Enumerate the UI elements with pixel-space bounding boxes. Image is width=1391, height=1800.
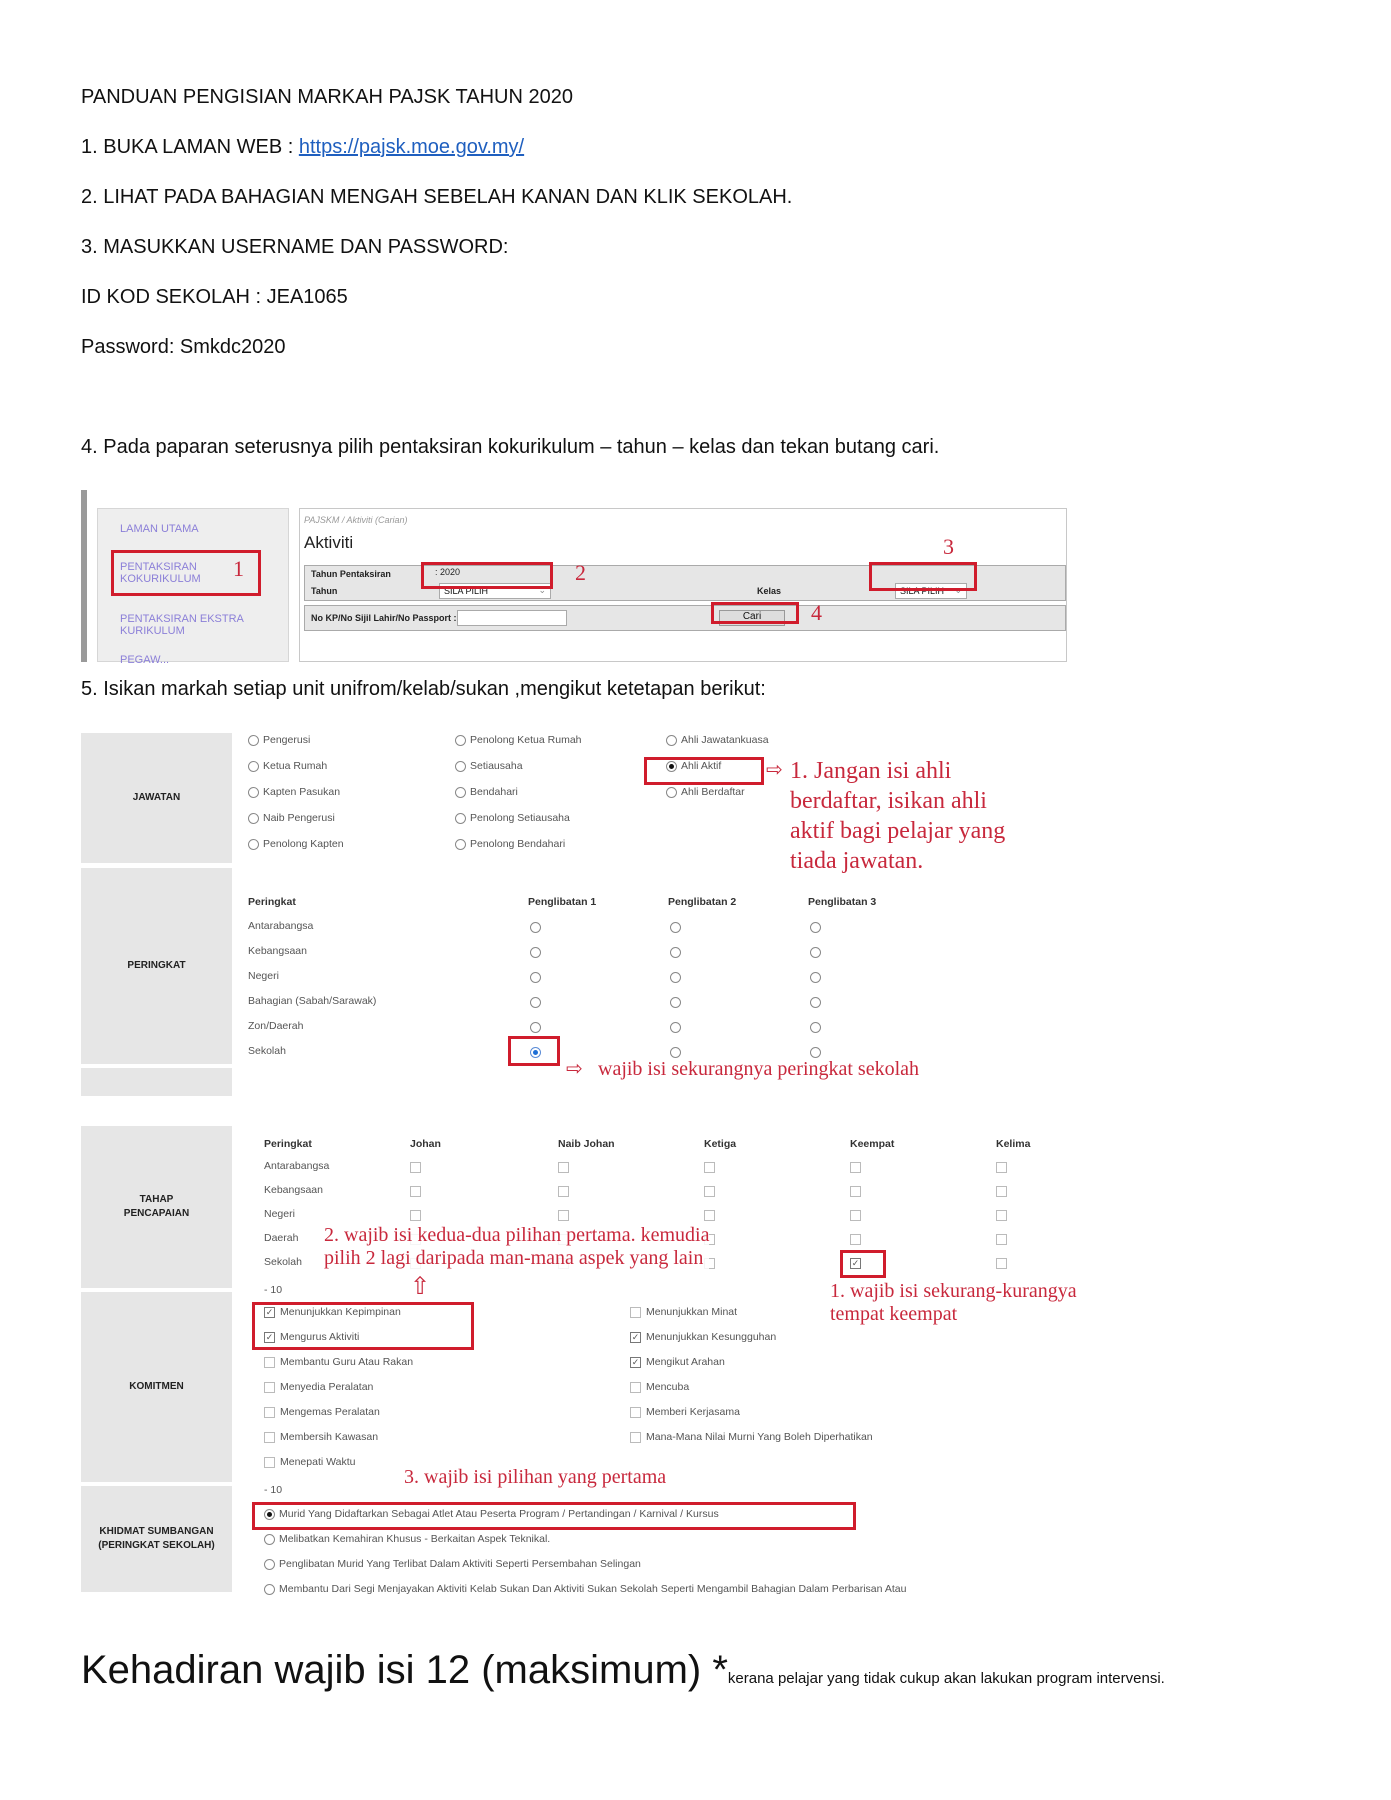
tahap-checkbox[interactable]	[704, 1210, 715, 1221]
peringkat-radio[interactable]	[670, 922, 681, 933]
option-label: Membantu Guru Atau Rakan	[280, 1356, 413, 1368]
document-title: PANDUAN PENGISIAN MARKAH PAJSK TAHUN 202…	[81, 86, 573, 109]
option-label: Memberi Kerjasama	[646, 1406, 740, 1418]
komitmen-label: KOMITMEN	[81, 1292, 232, 1482]
page-title: Aktiviti	[304, 533, 353, 553]
tahap-row-label: Antarabangsa	[264, 1160, 329, 1172]
radio-icon[interactable]	[455, 839, 466, 850]
kehadiran-note: kerana pelajar yang tidak cukup akan lak…	[728, 1670, 1165, 1687]
jawatan-option[interactable]: Setiausaha	[455, 760, 523, 772]
radio-icon[interactable]	[455, 735, 466, 746]
step-4: 4. Pada paparan seterusnya pilih pentaks…	[81, 436, 939, 459]
radio-icon[interactable]	[455, 813, 466, 824]
step-3: 3. MASUKKAN USERNAME DAN PASSWORD:	[81, 236, 508, 259]
tahap-checkbox[interactable]	[558, 1210, 569, 1221]
komitmen-option[interactable]: Mana-Mana Nilai Murni Yang Boleh Diperha…	[630, 1431, 873, 1443]
checkbox-icon[interactable]	[264, 1357, 275, 1368]
checkbox-icon[interactable]	[264, 1457, 275, 1468]
tahap-checkbox[interactable]	[996, 1162, 1007, 1173]
tahap-checkbox[interactable]	[850, 1162, 861, 1173]
annotation-line: tiada jawatan.	[790, 846, 1005, 876]
tahap-column-header: Kelima	[996, 1138, 1030, 1150]
komitmen-option[interactable]: Mengemas Peralatan	[264, 1406, 380, 1418]
tahap-checkbox[interactable]	[850, 1186, 861, 1197]
option-label: Menunjukkan Kesungguhan	[646, 1331, 776, 1343]
komitmen-option[interactable]: ✓Mengikut Arahan	[630, 1356, 725, 1368]
tahap-annotation-1: 1. wajib isi sekurang-kurangya tempat ke…	[830, 1280, 1077, 1326]
tahap-label-text: TAHAP PENCAPAIAN	[117, 1193, 197, 1221]
checkbox-icon[interactable]	[264, 1432, 275, 1443]
kp-label: No KP/No Sijil Lahir/No Passport :	[311, 613, 457, 623]
step-5: 5. Isikan markah setiap unit unifrom/kel…	[81, 678, 766, 701]
highlight-2	[421, 562, 553, 589]
peringkat-radio[interactable]	[810, 1022, 821, 1033]
radio-icon[interactable]	[248, 839, 259, 850]
kp-input[interactable]	[457, 610, 567, 626]
peringkat-radio[interactable]	[810, 972, 821, 983]
komitmen-option[interactable]: Menunjukkan Minat	[630, 1306, 737, 1318]
radio-icon[interactable]	[666, 787, 677, 798]
school-id: ID KOD SEKOLAH : JEA1065	[81, 286, 348, 309]
option-label: Penglibatan Murid Yang Terlibat Dalam Ak…	[279, 1558, 641, 1570]
jawatan-option[interactable]: Naib Pengerusi	[248, 812, 335, 824]
tahap-checkbox[interactable]	[410, 1210, 421, 1221]
kehadiran-heading: Kehadiran wajib isi 12 (maksimum) *	[81, 1648, 728, 1692]
checkbox-icon[interactable]: ✓	[630, 1357, 641, 1368]
peringkat-radio[interactable]	[530, 922, 541, 933]
jawatan-option[interactable]: Penolong Kapten	[248, 838, 344, 850]
annotation-line: 1. Jangan isi ahli	[790, 756, 1005, 786]
tahap-row-label: Sekolah	[264, 1256, 302, 1268]
tahap-column-header: Keempat	[850, 1138, 894, 1150]
peringkat-row-label: Bahagian (Sabah/Sarawak)	[248, 995, 376, 1007]
peringkat-row-label: Zon/Daerah	[248, 1020, 303, 1032]
option-label: Bendahari	[470, 786, 518, 798]
peringkat-row-label: Sekolah	[248, 1045, 286, 1057]
highlight-4	[711, 602, 799, 624]
option-label: Mengikut Arahan	[646, 1356, 725, 1368]
option-label: Ketua Rumah	[263, 760, 327, 772]
jawatan-label: JAWATAN	[81, 733, 232, 863]
annotation-line: berdaftar, isikan ahli	[790, 786, 1005, 816]
tahap-checkbox[interactable]	[996, 1258, 1007, 1269]
peringkat-radio[interactable]	[670, 1022, 681, 1033]
jawatan-option[interactable]: Pengerusi	[248, 734, 310, 746]
ahli-aktif-highlight	[644, 757, 764, 785]
annotation-line: aktif bagi pelajar yang	[790, 816, 1005, 846]
radio-icon[interactable]	[248, 813, 259, 824]
peringkat-radio[interactable]	[810, 997, 821, 1008]
option-label: Penolong Kapten	[263, 838, 344, 850]
checkbox-icon[interactable]	[264, 1407, 275, 1418]
jawatan-option[interactable]: Ketua Rumah	[248, 760, 327, 772]
option-label: Pengerusi	[263, 734, 310, 746]
arrow-right-icon: ⇨	[766, 757, 783, 782]
sidebar-item-pentaksiran-ekstra[interactable]: PENTAKSIRAN EKSTRA KURIKULUM	[120, 613, 270, 637]
option-label: Menunjukkan Minat	[646, 1306, 737, 1318]
option-label: Setiausaha	[470, 760, 523, 772]
tahap-column-header: Johan	[410, 1138, 441, 1150]
tahap-column-header: Naib Johan	[558, 1138, 615, 1150]
radio-icon[interactable]	[455, 787, 466, 798]
option-label: Ahli Berdaftar	[681, 786, 745, 798]
tahap-checkbox[interactable]	[996, 1186, 1007, 1197]
option-label: Mana-Mana Nilai Murni Yang Boleh Diperha…	[646, 1431, 873, 1443]
sidebar-item-laman-utama[interactable]: LAMAN UTAMA	[120, 523, 199, 535]
khidmat-option[interactable]: Melibatkan Kemahiran Khusus - Berkaitan …	[264, 1533, 550, 1545]
tahap-checkbox[interactable]	[850, 1210, 861, 1221]
radio-icon[interactable]	[264, 1584, 275, 1595]
peringkat-annotation: wajib isi sekurangnya peringkat sekolah	[598, 1058, 919, 1081]
tahap-checkbox[interactable]	[850, 1234, 861, 1245]
marker-1: 1	[233, 556, 244, 582]
tahap-checkbox[interactable]	[410, 1162, 421, 1173]
tahap-label: TAHAP PENCAPAIAN	[81, 1126, 232, 1288]
sidebar-item-pegawai[interactable]: PEGAW...	[120, 654, 169, 666]
annotation-line: 2. wajib isi kedua-dua pilihan pertama. …	[324, 1224, 709, 1247]
peringkat-radio[interactable]	[810, 922, 821, 933]
komitmen-option[interactable]: Membersih Kawasan	[264, 1431, 378, 1443]
komitmen-option[interactable]: Menyedia Peralatan	[264, 1381, 373, 1393]
tahap-annotation-2: 2. wajib isi kedua-dua pilihan pertama. …	[324, 1224, 709, 1270]
peringkat-radio[interactable]	[670, 972, 681, 983]
pajsk-link[interactable]: https://pajsk.moe.gov.my/	[299, 136, 524, 158]
option-label: Penolong Setiausaha	[470, 812, 570, 824]
option-label: Mencuba	[646, 1381, 689, 1393]
komitmen-highlight	[252, 1302, 474, 1350]
komitmen-score: - 10	[264, 1284, 282, 1296]
tahap-checkbox[interactable]	[704, 1186, 715, 1197]
khidmat-option[interactable]: Membantu Dari Segi Menjayakan Aktiviti K…	[264, 1583, 906, 1595]
radio-icon[interactable]	[248, 761, 259, 772]
jawatan-option[interactable]: Bendahari	[455, 786, 518, 798]
step-1: 1. BUKA LAMAN WEB : https://pajsk.moe.go…	[81, 136, 524, 159]
tahun-pentaksiran-label: Tahun Pentaksiran	[311, 569, 391, 579]
peringkat-radio[interactable]	[670, 997, 681, 1008]
peringkat-row-label: Kebangsaan	[248, 945, 307, 957]
option-label: Mengemas Peralatan	[280, 1406, 380, 1418]
peringkat-radio[interactable]	[530, 1022, 541, 1033]
radio-icon[interactable]	[248, 787, 259, 798]
radio-icon[interactable]	[264, 1559, 275, 1570]
checkbox-icon[interactable]	[630, 1307, 641, 1318]
checkbox-icon[interactable]	[264, 1382, 275, 1393]
radio-icon[interactable]	[455, 761, 466, 772]
arrow-right-icon: ⇨	[566, 1056, 583, 1081]
peringkat-radio[interactable]	[530, 972, 541, 983]
annotation-line: tempat keempat	[830, 1303, 1077, 1326]
komitmen-option[interactable]: Memberi Kerjasama	[630, 1406, 740, 1418]
peringkat-radio[interactable]	[810, 947, 821, 958]
khidmat-option[interactable]: Penglibatan Murid Yang Terlibat Dalam Ak…	[264, 1558, 641, 1570]
tahap-row-label: Daerah	[264, 1232, 298, 1244]
jawatan-option[interactable]: Penolong Bendahari	[455, 838, 565, 850]
option-label: Melibatkan Kemahiran Khusus - Berkaitan …	[279, 1533, 550, 1545]
option-label: Menyedia Peralatan	[280, 1381, 373, 1393]
tahap-checkbox[interactable]	[558, 1162, 569, 1173]
tahap-checkbox[interactable]	[558, 1186, 569, 1197]
highlight-3	[869, 562, 977, 591]
komitmen-option[interactable]: Menepati Waktu	[264, 1456, 355, 1468]
peringkat-row-label: Antarabangsa	[248, 920, 313, 932]
option-label: Penolong Ketua Rumah	[470, 734, 582, 746]
keempat-highlight	[840, 1250, 886, 1278]
marker-4: 4	[811, 600, 822, 626]
peringkat-row-label: Negeri	[248, 970, 279, 982]
checkbox-icon[interactable]	[630, 1407, 641, 1418]
tahap-checkbox[interactable]	[996, 1210, 1007, 1221]
penglibatan-header: Penglibatan 3	[808, 896, 876, 908]
peringkat-radio[interactable]	[530, 947, 541, 958]
khidmat-highlight	[252, 1502, 856, 1530]
jawatan-option[interactable]: Kapten Pasukan	[248, 786, 340, 798]
footer-note: Kehadiran wajib isi 12 (maksimum) *keran…	[81, 1648, 1165, 1693]
peringkat-radio[interactable]	[670, 947, 681, 958]
step-2: 2. LIHAT PADA BAHAGIAN MENGAH SEBELAH KA…	[81, 186, 792, 209]
peringkat-radio[interactable]	[670, 1047, 681, 1058]
peringkat-radio[interactable]	[530, 997, 541, 1008]
peringkat-label: PERINGKAT	[81, 868, 232, 1064]
jawatan-option[interactable]: Ahli Jawatankuasa	[666, 734, 769, 746]
marker-2: 2	[575, 560, 586, 586]
peringkat-footer	[81, 1068, 232, 1096]
annotation-line: 1. wajib isi sekurang-kurangya	[830, 1280, 1077, 1303]
tahap-column-header: Ketiga	[704, 1138, 736, 1150]
peringkat-header: Peringkat	[248, 896, 296, 908]
option-label: Membersih Kawasan	[280, 1431, 378, 1443]
annotation-line: pilih 2 lagi daripada man-mana aspek yan…	[324, 1247, 709, 1270]
option-label: Menepati Waktu	[280, 1456, 355, 1468]
tahap-row-label: Negeri	[264, 1208, 295, 1220]
khidmat-annotation: 3. wajib isi pilihan yang pertama	[404, 1466, 666, 1489]
jawatan-option[interactable]: Penolong Ketua Rumah	[455, 734, 582, 746]
breadcrumb: PAJSKM / Aktiviti (Carian)	[304, 515, 408, 525]
option-label: Membantu Dari Segi Menjayakan Aktiviti K…	[279, 1583, 906, 1595]
tahap-header: Peringkat	[264, 1138, 312, 1150]
jawatan-annotation: 1. Jangan isi ahli berdaftar, isikan ahl…	[790, 756, 1005, 876]
jawatan-option[interactable]: Ahli Berdaftar	[666, 786, 745, 798]
kelas-label: Kelas	[757, 586, 781, 596]
tahap-checkbox[interactable]	[704, 1162, 715, 1173]
khidmat-label: KHIDMAT SUMBANGAN (PERINGKAT SEKOLAH)	[81, 1486, 232, 1592]
tahap-checkbox[interactable]	[996, 1234, 1007, 1245]
radio-icon[interactable]	[248, 735, 259, 746]
checkbox-icon[interactable]	[630, 1432, 641, 1443]
step-1-text: 1. BUKA LAMAN WEB :	[81, 136, 299, 158]
option-label: Kapten Pasukan	[263, 786, 340, 798]
marker-3: 3	[943, 534, 954, 560]
komitmen-option[interactable]: Mencuba	[630, 1381, 689, 1393]
jawatan-option[interactable]: Penolong Setiausaha	[455, 812, 570, 824]
checkbox-icon[interactable]	[630, 1382, 641, 1393]
penglibatan-header: Penglibatan 2	[668, 896, 736, 908]
option-label: Penolong Bendahari	[470, 838, 565, 850]
password: Password: Smkdc2020	[81, 336, 286, 359]
radio-icon[interactable]	[666, 735, 677, 746]
tahap-row-label: Kebangsaan	[264, 1184, 323, 1196]
radio-icon[interactable]	[264, 1534, 275, 1545]
penglibatan-header: Penglibatan 1	[528, 896, 596, 908]
option-label: Ahli Jawatankuasa	[681, 734, 769, 746]
kp-row: No KP/No Sijil Lahir/No Passport : Cari	[304, 605, 1066, 631]
option-label: Naib Pengerusi	[263, 812, 335, 824]
komitmen-option[interactable]: ✓Menunjukkan Kesungguhan	[630, 1331, 776, 1343]
arrow-up-icon: ⇧	[410, 1272, 430, 1301]
search-screenshot: LAMAN UTAMA PENTAKSIRAN KOKURIKULUM PENT…	[81, 490, 1061, 662]
khidmat-score: - 10	[264, 1484, 282, 1496]
komitmen-option[interactable]: Membantu Guru Atau Rakan	[264, 1356, 413, 1368]
sekolah-highlight	[508, 1036, 560, 1066]
checkbox-icon[interactable]: ✓	[630, 1332, 641, 1343]
tahap-checkbox[interactable]	[410, 1186, 421, 1197]
peringkat-radio[interactable]	[810, 1047, 821, 1058]
tahun-label: Tahun	[311, 586, 337, 596]
